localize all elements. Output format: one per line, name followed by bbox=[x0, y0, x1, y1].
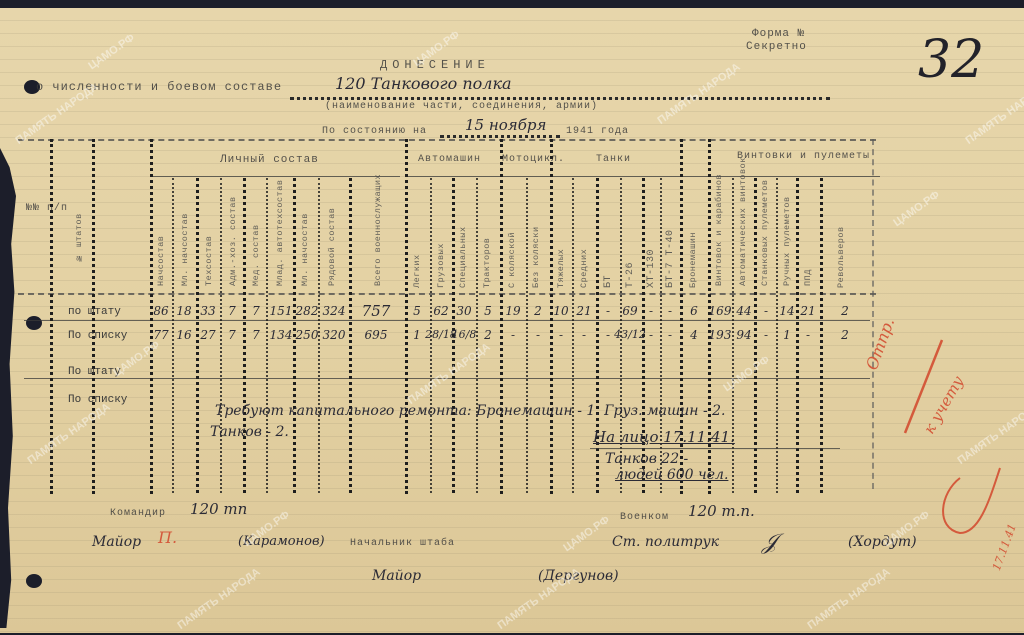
table-cell: 250 bbox=[296, 328, 319, 342]
watermark: ЦАМО.РФ bbox=[721, 354, 772, 394]
column-divider bbox=[754, 178, 757, 493]
commander-rank: Майор bbox=[92, 534, 141, 550]
col-label: Специальных bbox=[458, 203, 468, 288]
commander-label: Командир bbox=[110, 508, 166, 519]
commander-signature: П. bbox=[158, 528, 177, 547]
table-cell: 77 bbox=[153, 328, 168, 342]
row-label-by-list: По списку bbox=[68, 330, 127, 342]
watermark: ПАМЯТЬ НАРОДА bbox=[655, 61, 742, 127]
col-label: БТ bbox=[603, 243, 614, 288]
col-label: Винтовок и карабинов bbox=[714, 186, 724, 286]
column-divider bbox=[526, 178, 528, 493]
table-cell: - bbox=[606, 304, 610, 318]
date-dotted-line bbox=[440, 135, 560, 138]
note-repair: Требуют капитального ремонта: Бронемашин… bbox=[215, 403, 726, 419]
column-divider bbox=[266, 178, 268, 493]
table-cell: 43/12 bbox=[614, 328, 646, 341]
table-cell: 18 bbox=[176, 304, 191, 318]
table-cell: 14 bbox=[779, 304, 794, 318]
col-label: Бронемашин bbox=[688, 203, 698, 288]
column-divider bbox=[172, 178, 174, 493]
watermark: ПАМЯТЬ НАРОДА bbox=[25, 401, 112, 467]
table-cell: 2 bbox=[534, 304, 542, 318]
table-cell: 324 bbox=[323, 304, 346, 318]
table-cell: 151 bbox=[270, 304, 293, 318]
watermark: ПАМЯТЬ НАРОДА bbox=[963, 81, 1024, 147]
watermark: ЦАМО.РФ bbox=[561, 514, 612, 554]
table-cell: 21 bbox=[576, 304, 591, 318]
col-label: Мл. начсостав bbox=[180, 186, 190, 286]
commander-unit: 120 тп bbox=[190, 500, 247, 518]
table-cell: 4 bbox=[690, 328, 698, 342]
torn-edge bbox=[0, 148, 16, 628]
page-number: 32 bbox=[918, 30, 984, 90]
col-label: Тракторов bbox=[482, 213, 492, 288]
archival-document: Форма № Секретно 32 ДОНЕСЕНИЕ о численно… bbox=[0, 8, 1024, 633]
table-cell: - bbox=[606, 328, 610, 342]
chief-name: (Дергунов) bbox=[538, 568, 619, 584]
column-divider bbox=[220, 178, 222, 493]
table-cell: - bbox=[511, 328, 515, 342]
row-label-by-staff-2: По штату bbox=[68, 366, 121, 378]
table-cell: 7 bbox=[252, 304, 260, 318]
col-label: ХТ-130 bbox=[646, 228, 657, 288]
note-people-count: людей 600 чел. bbox=[615, 467, 728, 483]
watermark: ПАМЯТЬ НАРОДА bbox=[405, 341, 492, 407]
unit-dotted-line bbox=[290, 97, 830, 100]
table-cell: 134 bbox=[270, 328, 293, 342]
col-label: Станковых пулеметов bbox=[760, 186, 770, 286]
col-label: БТ-7 Т-40 bbox=[665, 198, 676, 288]
table-cell: 62 bbox=[433, 304, 448, 318]
table-cell: 282 bbox=[296, 304, 319, 318]
watermark: ПАМЯТЬ НАРОДА bbox=[805, 566, 892, 632]
col-group-weapons: Винтовки и пулеметы bbox=[737, 151, 870, 162]
chief-of-staff-label: Начальник штаба bbox=[350, 538, 455, 549]
red-resolution-marks bbox=[850, 328, 1024, 548]
table-cell: - bbox=[764, 328, 768, 342]
col-label: Грузовых bbox=[436, 213, 446, 288]
table-cell: 19 bbox=[505, 304, 520, 318]
watermark: ПАМЯТЬ НАРОДА bbox=[175, 566, 262, 632]
table-cell: - bbox=[668, 328, 672, 342]
date-handwritten: 15 ноября bbox=[465, 116, 546, 134]
column-divider bbox=[796, 178, 799, 493]
col-label: Т-26 bbox=[625, 228, 636, 288]
col-group-personnel: Личный состав bbox=[220, 154, 319, 166]
commissar-signature: 𝒥 bbox=[762, 530, 777, 555]
col-label: Адм.-хоз. состав bbox=[228, 186, 238, 286]
table-cell: 86 bbox=[153, 304, 168, 318]
column-divider bbox=[820, 178, 823, 493]
table-cell: 320 bbox=[323, 328, 346, 342]
table-cell: 16 bbox=[176, 328, 191, 342]
table-cell: - bbox=[806, 328, 810, 342]
col-shtat-header: № штатов bbox=[74, 183, 84, 263]
col-label: Рядовой состав bbox=[327, 186, 337, 286]
col-label: Млад. автотехсостав bbox=[275, 186, 285, 286]
column-divider bbox=[572, 178, 574, 493]
table-cell: 695 bbox=[365, 328, 388, 342]
column-divider bbox=[349, 178, 352, 493]
unit-caption: (наименование части, соединения, армии) bbox=[325, 101, 598, 112]
commissar-unit: 120 т.п. bbox=[688, 502, 755, 520]
table-cell: 69 bbox=[622, 304, 637, 318]
punch-hole bbox=[26, 316, 42, 330]
document-title: ДОНЕСЕНИЕ bbox=[380, 58, 490, 72]
column-divider bbox=[196, 178, 199, 493]
col-group-moto: Мотоцикл. bbox=[502, 154, 565, 165]
table-cell: - bbox=[559, 328, 563, 342]
subject-typed: о численности и боевом составе bbox=[36, 80, 282, 94]
column-divider bbox=[500, 139, 503, 494]
table-cell: 6 bbox=[690, 304, 698, 318]
table-cell: 44 bbox=[736, 304, 751, 318]
col-label: С коляской bbox=[507, 198, 517, 288]
table-cell: - bbox=[536, 328, 540, 342]
chief-rank: Майор bbox=[372, 568, 421, 584]
table-cell: 94 bbox=[736, 328, 751, 342]
row-label-by-list-2: По списку bbox=[68, 394, 127, 406]
watermark: ЦАМО.РФ bbox=[86, 32, 137, 72]
column-divider bbox=[243, 178, 246, 493]
col-label: Всего военнослужащих bbox=[373, 186, 383, 286]
table-cell: 21 bbox=[800, 304, 815, 318]
table-header-border bbox=[18, 293, 876, 295]
table-cell: 30 bbox=[456, 304, 471, 318]
table-cell: - bbox=[582, 328, 586, 342]
table-cell: - bbox=[649, 304, 653, 318]
punch-hole bbox=[26, 574, 42, 588]
table-cell: 16/8 bbox=[452, 328, 477, 341]
col-label: Легких bbox=[412, 213, 422, 288]
column-divider bbox=[776, 178, 778, 493]
col-label: ППД bbox=[803, 236, 813, 286]
unit-handwritten: 120 Танкового полка bbox=[335, 74, 512, 93]
table-cell: 2 bbox=[841, 304, 849, 318]
table-cell: 2 bbox=[484, 328, 492, 342]
form-label: Форма № bbox=[752, 28, 805, 40]
col-label: Тяжелых bbox=[556, 213, 566, 288]
table-cell: 7 bbox=[228, 328, 236, 342]
table-cell: 5 bbox=[413, 304, 421, 318]
secrecy-label: Секретно bbox=[746, 41, 807, 53]
table-cell: - bbox=[764, 304, 768, 318]
date-prefix: По состоянию на bbox=[322, 126, 427, 137]
table-cell: 1 bbox=[413, 328, 421, 342]
col-num-header: №№ п/п bbox=[26, 203, 68, 214]
table-cell: 2 bbox=[841, 328, 849, 342]
column-divider bbox=[405, 139, 408, 494]
note-present-date: На лицо 17.11.41. bbox=[593, 428, 735, 446]
table-cell: 33 bbox=[200, 304, 215, 318]
col-label: Автоматических винтовок bbox=[738, 186, 748, 286]
commander-name: (Карамонов) bbox=[238, 534, 325, 549]
col-label: Средних bbox=[579, 213, 589, 288]
col-label: Начсостав bbox=[156, 186, 166, 286]
year-label: 1941 года bbox=[566, 126, 629, 137]
col-group-vehicles: Автомашин bbox=[418, 154, 481, 165]
column-divider bbox=[50, 139, 53, 494]
note-repair-tanks: Танков - 2. bbox=[210, 424, 289, 440]
col-label: Мед. состав bbox=[251, 186, 261, 286]
note-tanks-count: Танков 22 - bbox=[605, 451, 688, 467]
table-top-border bbox=[18, 139, 876, 141]
commissar-label: Военком bbox=[620, 512, 669, 523]
table-cell: 10 bbox=[553, 304, 568, 318]
col-label: Техсостав bbox=[204, 186, 214, 286]
table-cell: 1 bbox=[783, 328, 791, 342]
col-label: Без коляски bbox=[531, 193, 541, 288]
table-cell: - bbox=[668, 304, 672, 318]
table-cell: 193 bbox=[709, 328, 732, 342]
table-cell: 7 bbox=[252, 328, 260, 342]
personnel-subheader-line bbox=[150, 176, 400, 177]
equipment-subheader-line bbox=[405, 176, 880, 177]
row-label-by-staff: по штату bbox=[68, 306, 121, 318]
col-label: Револьверов bbox=[836, 218, 846, 288]
col-label: Ручных пулеметов bbox=[782, 186, 792, 286]
table-cell: - bbox=[649, 328, 653, 342]
table-cell: 27 bbox=[200, 328, 215, 342]
col-group-tanks: Танки bbox=[596, 154, 631, 165]
table-cell: 7 bbox=[228, 304, 236, 318]
note-underline bbox=[590, 448, 840, 449]
table-cell: 757 bbox=[362, 302, 391, 320]
commissar-rank: Ст. политрук bbox=[612, 534, 719, 550]
watermark: ЦАМО.РФ bbox=[891, 189, 942, 229]
col-label: Мл. начсостав bbox=[300, 186, 310, 286]
table-cell: 5 bbox=[484, 304, 492, 318]
table-cell: 169 bbox=[709, 304, 732, 318]
